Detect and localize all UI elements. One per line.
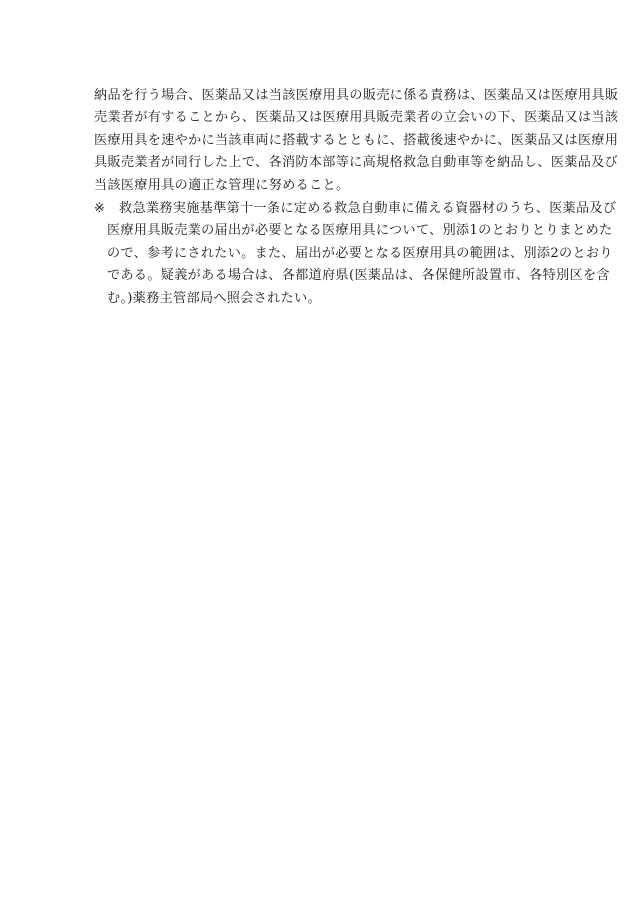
text-line: 当該医療用具の適正な管理に努めること。 [94, 175, 556, 197]
text-line: む。)薬務主管部局へ照会されたい。 [107, 288, 556, 310]
document-page: 納品を行う場合、医薬品又は当該医療用具の販売に係る責務は、医薬品又は医療用具販 … [0, 0, 630, 916]
text-line: 納品を行う場合、医薬品又は当該医療用具の販売に係る責務は、医薬品又は医療用具販 [94, 85, 556, 107]
text-line: 医療用具販売業の届出が必要となる医療用具について、別添1のとおりとりまとめた [107, 220, 556, 242]
text-line: 具販売業者が同行した上で、各消防本部等に高規格救急自動車等を納品し、医薬品及び [94, 152, 556, 174]
text-line: である。疑義がある場合は、各都道府県(医薬品は、各保健所設置市、各特別区を含 [107, 265, 556, 287]
text-line: ので、参考にされたい。また、届出が必要となる医療用具の範囲は、別添2のとおり [107, 243, 556, 265]
text-line: 医療用具を速やかに当該車両に搭載するとともに、搭載後速やかに、医薬品又は医療用 [94, 130, 556, 152]
note-body: 救急業務実施基準第十一条に定める救急自動車に備える資器材のうち、医薬品及び 医療… [107, 198, 556, 310]
paragraph-delivery-responsibility: 納品を行う場合、医薬品又は当該医療用具の販売に係る責務は、医薬品又は医療用具販 … [94, 85, 556, 197]
text-line: 売業者が有することから、医薬品又は医療用具販売業者の立会いの下、医薬品又は当該 [94, 107, 556, 129]
reference-mark-icon: ※ [94, 198, 105, 220]
text-line: 救急業務実施基準第十一条に定める救急自動車に備える資器材のうち、医薬品及び [107, 198, 556, 220]
